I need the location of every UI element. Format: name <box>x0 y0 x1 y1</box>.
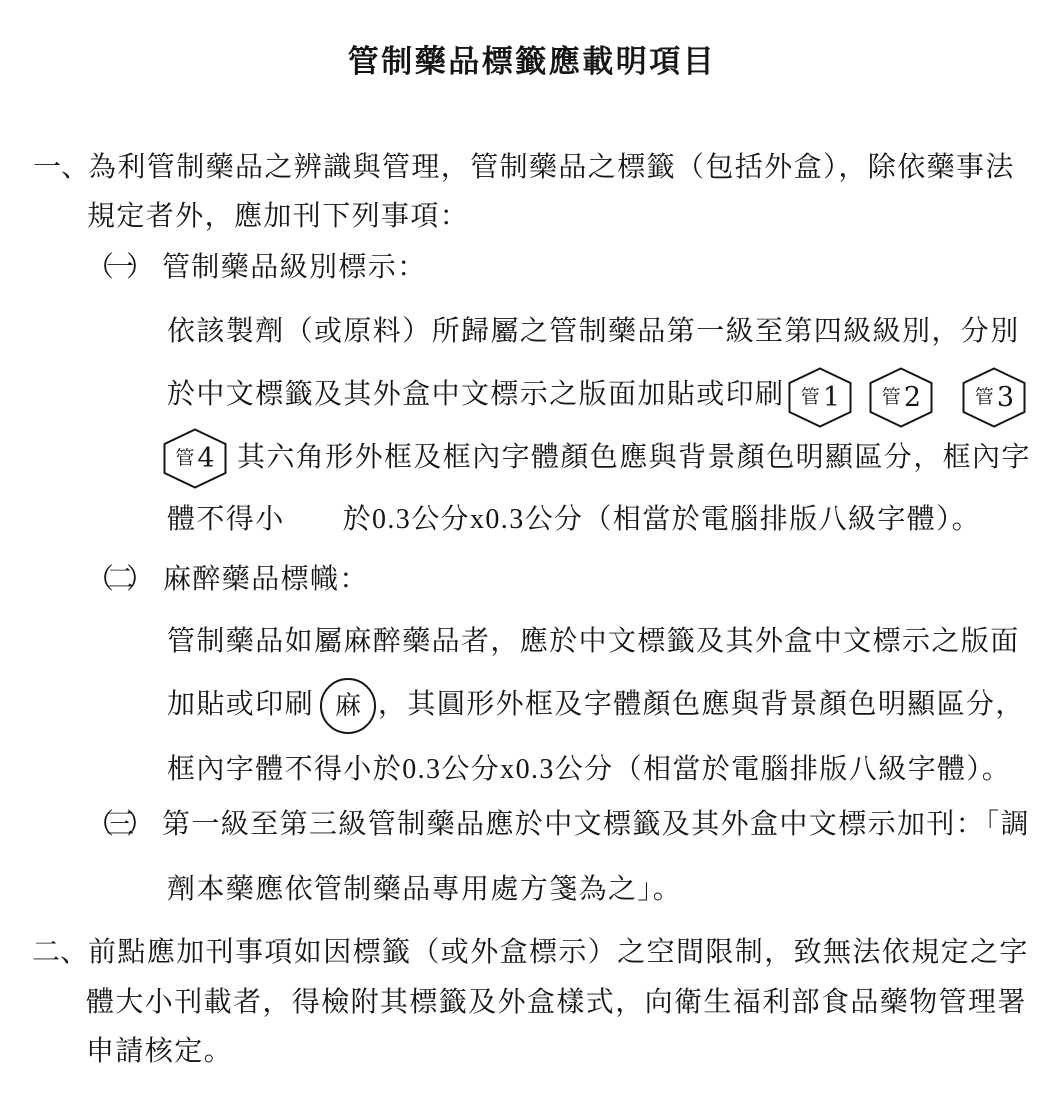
sub-1-marker: （一） <box>86 253 146 283</box>
sub-3-body-line-2: 劑本藥應依管制藥品專用處方箋為之」。 <box>167 875 682 905</box>
hexagon-badge-guan-2: 管2 <box>869 380 933 410</box>
document-page: 管制藥品標籤應載明項目 一、 為利管制藥品之辨識與管理，管制藥品之標籤（包括外盒… <box>0 0 1064 1094</box>
hexagon-badge-guan-1: 管1 <box>788 380 852 410</box>
hex-badge-prefix: 管 <box>882 388 901 407</box>
text-gap <box>285 527 343 528</box>
sub-1-body-line-1: 依該製劑（或原料）所歸屬之管制藥品第一級至第四級級別，分別 <box>167 317 1020 347</box>
sub-1-body-line-4: 體不得小於0.3公分x0.3公分（相當於電腦排版八級字體）。 <box>167 505 981 535</box>
hexagon-badge-guan-4: 管4 <box>163 443 227 473</box>
sub-1-body-line-4-text-b: 於0.3公分x0.3公分（相當於電腦排版八級字體）。 <box>343 504 981 535</box>
sub-1-body-line-3: 管4其六角形外框及框內字體顏色應與背景顏色明顯區分，框內字 <box>163 443 1031 473</box>
hex-badge-digit: 2 <box>904 384 921 411</box>
item-2-line-3: 申請核定。 <box>86 1037 233 1067</box>
hex-badge-digit: 4 <box>197 445 214 472</box>
sub-1-body-line-4-text-a: 體不得小 <box>167 504 285 535</box>
item-1-line-1: 為利管制藥品之辨識與管理，管制藥品之標籤（包括外盒），除依藥事法 <box>88 153 1015 183</box>
sub-1-body-line-2-text: 於中文標籤及其外盒中文標示之版面加貼或印刷 <box>167 379 784 410</box>
sub-3-body-line-1: 第一級至第三級管制藥品應於中文標籤及其外盒中文標示加刊：「調 <box>162 810 1030 840</box>
sub-2-body-line-2-text-a: 加貼或印刷 <box>167 689 314 720</box>
sub-2-body-line-2: 加貼或印刷麻，其圓形外框及字體顏色應與背景顏色明顯區分， <box>167 690 1025 720</box>
sub-2-body-line-1: 管制藥品如屬麻醉藥品者，應於中文標籤及其外盒中文標示之版面 <box>167 627 1020 657</box>
sub-2-marker: （二） <box>86 565 146 595</box>
hex-badge-digit: 3 <box>997 384 1014 411</box>
item-2-marker: 二、 <box>32 938 88 968</box>
doc-title: 管制藥品標籤應載明項目 <box>0 44 1064 80</box>
hex-badge-prefix: 管 <box>801 388 820 407</box>
sub-1-body-line-3-text: 其六角形外框及框內字體顏色應與背景顏色明顯區分，框內字 <box>237 442 1031 473</box>
hex-badge-digit: 1 <box>823 384 840 411</box>
item-2-line-2: 體大小刊載者，得檢附其標籤及外盒樣式，向衛生福利部食品藥物管理署 <box>86 988 1027 1018</box>
sub-2-body-line-2-text-b: ，其圓形外框及字體顏色應與背景顏色明顯區分， <box>378 689 1025 720</box>
sub-2-heading: 麻醉藥品標幟： <box>163 565 369 595</box>
sub-3-marker: （三） <box>86 810 146 840</box>
circle-badge-label: 麻 <box>320 678 376 734</box>
sub-1-heading: 管制藥品級別標示： <box>162 253 427 283</box>
hex-badge-prefix: 管 <box>975 388 994 407</box>
sub-2-body-line-3: 框內字體不得小於0.3公分x0.3公分（相當於電腦排版八級字體）。 <box>167 755 1011 785</box>
item-1-line-2: 規定者外，應加刊下列事項： <box>87 202 469 232</box>
sub-1-body-line-2: 於中文標籤及其外盒中文標示之版面加貼或印刷管1管2管3 <box>167 380 1026 410</box>
circle-badge-ma: 麻 <box>320 690 376 720</box>
item-1-marker: 一、 <box>33 153 89 183</box>
hex-badge-prefix: 管 <box>175 449 194 468</box>
item-2-line-1: 前點應加刊事項如因標籤（或外盒標示）之空間限制，致無法依規定之字 <box>88 938 1029 968</box>
hexagon-badge-guan-3: 管3 <box>962 380 1026 410</box>
